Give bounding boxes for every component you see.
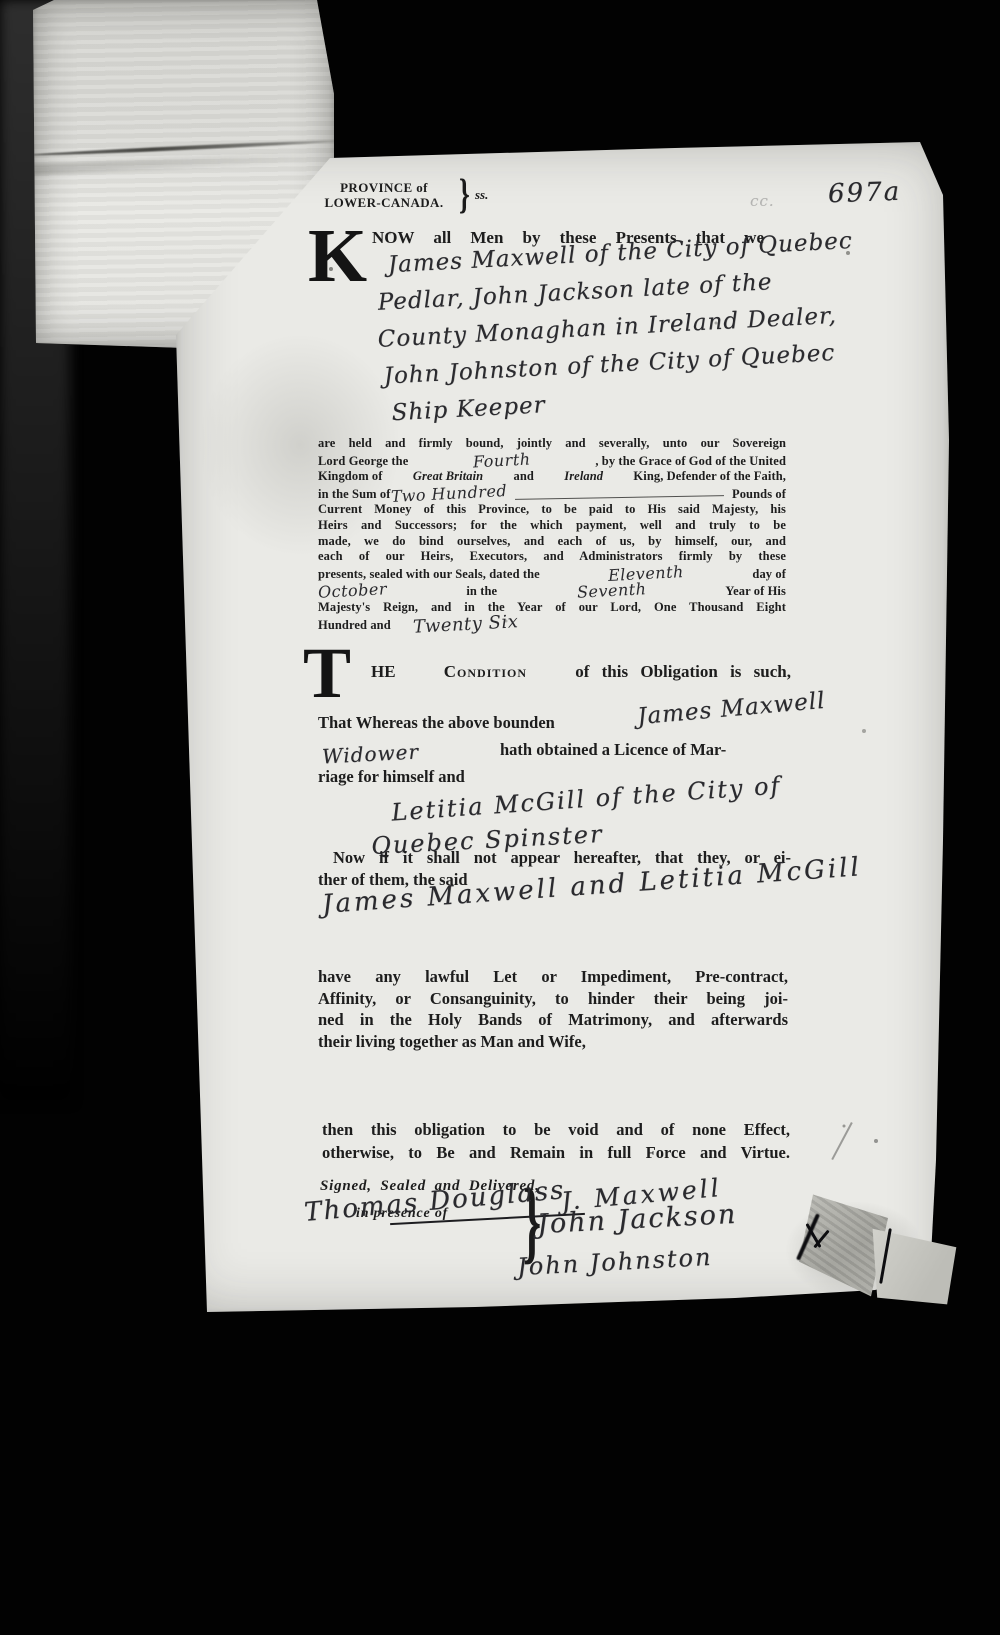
licence-line-b: riage for himself and <box>318 766 465 788</box>
heading-text: of this Obligation is such, <box>575 662 791 682</box>
scratch-mark <box>831 1122 852 1160</box>
ink-rule <box>515 495 724 500</box>
signature-johnston: John Johnston <box>516 1243 713 1281</box>
province-line2: LOWER-CANADA. <box>310 195 458 210</box>
province-caption: PROVINCE of LOWER-CANADA. <box>310 180 458 210</box>
bond-text: Year of His <box>725 584 786 600</box>
bond-text: Kingdom of <box>318 469 383 485</box>
bond-clause: are held and firmly bound, jointly and s… <box>318 436 786 633</box>
bond-text: Lord George the <box>318 454 408 470</box>
bond-line: made, we do bind ourselves, and each of … <box>318 534 786 550</box>
document-page: PROVINCE of LOWER-CANADA. } ss. cc. 697a… <box>175 140 950 1315</box>
void-line: otherwise, to Be and Remain in full Forc… <box>322 1141 790 1164</box>
bond-line: presents, sealed with our Seals, dated t… <box>318 565 786 583</box>
bond-line: Lord George the Fourth , by the Grace of… <box>318 452 786 470</box>
impediment-line: have any lawful Let or Impediment, Pre-c… <box>318 966 788 988</box>
handwritten-parties: James Maxwell of the City of Quebec Pedl… <box>373 223 861 433</box>
bond-text: in the Sum of <box>318 487 391 503</box>
groom-name-handwritten: James Maxwell <box>636 688 826 730</box>
bond-line: Current Money of this Province, to be pa… <box>318 502 786 518</box>
bond-line: Majesty's Reign, and in the Year of our … <box>318 600 786 616</box>
condition-heading: HE Condition of this Obligation is such, <box>371 662 791 682</box>
bond-line: October in the Seventh Year of His <box>318 582 786 600</box>
heading-smallcaps: Condition <box>444 662 527 682</box>
status-handwritten: Widower <box>321 739 419 768</box>
bond-line: in the Sum of Two Hundred Pounds of <box>318 485 786 503</box>
bond-text: and <box>514 469 534 485</box>
impediment-line: Affinity, or Consanguinity, to hinder th… <box>318 988 788 1010</box>
bond-line: Heirs and Successors; for the which paym… <box>318 518 786 534</box>
bond-text: King, Defender of the Faith, <box>633 469 786 485</box>
header-brace: } <box>459 171 470 219</box>
handwritten-insert: Fourth <box>473 451 531 470</box>
bond-line: each of our Heirs, Executors, and Admini… <box>318 549 786 565</box>
impediment-line: their living together as Man and Wife, <box>318 1031 788 1053</box>
faint-crossed-mark: cc. <box>750 192 775 210</box>
dropcap-T: T <box>303 645 351 703</box>
jurat-ss: ss. <box>475 187 488 203</box>
handwritten-insert: Twenty Six <box>412 614 518 635</box>
bond-text: in the <box>466 584 497 600</box>
province-line1: PROVINCE of <box>310 180 458 195</box>
handwritten-insert: Seventh <box>576 582 646 601</box>
bond-text: Pounds of <box>732 487 786 503</box>
handwritten-insert: October <box>318 582 388 601</box>
handwritten-insert: Two Hundred <box>390 483 507 505</box>
bond-text-italic: Ireland <box>564 469 603 485</box>
bond-line: are held and firmly bound, jointly and s… <box>318 436 786 452</box>
dropcap-K: K <box>308 226 367 287</box>
bond-text: , by the Grace of God of the United <box>595 454 786 470</box>
void-paragraph: then this obligation to be void and of n… <box>322 1118 790 1164</box>
bond-line: Hundred and Twenty Six <box>318 616 786 634</box>
bond-text: Hundred and <box>318 618 391 634</box>
page-number: 697a <box>827 177 901 210</box>
licence-line-a: hath obtained a Licence of Mar- <box>500 739 726 761</box>
whereas-line: That Whereas the above bounden <box>318 712 555 734</box>
impediment-paragraph: have any lawful Let or Impediment, Pre-c… <box>318 966 788 1052</box>
heading-text: HE <box>371 662 396 682</box>
microfilm-scan: PROVINCE of LOWER-CANADA. } ss. cc. 697a… <box>0 0 1000 1635</box>
impediment-line: ned in the Holy Bands of Matrimony, and … <box>318 1009 788 1031</box>
void-line: then this obligation to be void and of n… <box>322 1118 790 1141</box>
bond-text: day of <box>752 567 786 583</box>
bond-line: Kingdom of Great Britain and Ireland Kin… <box>318 469 786 485</box>
